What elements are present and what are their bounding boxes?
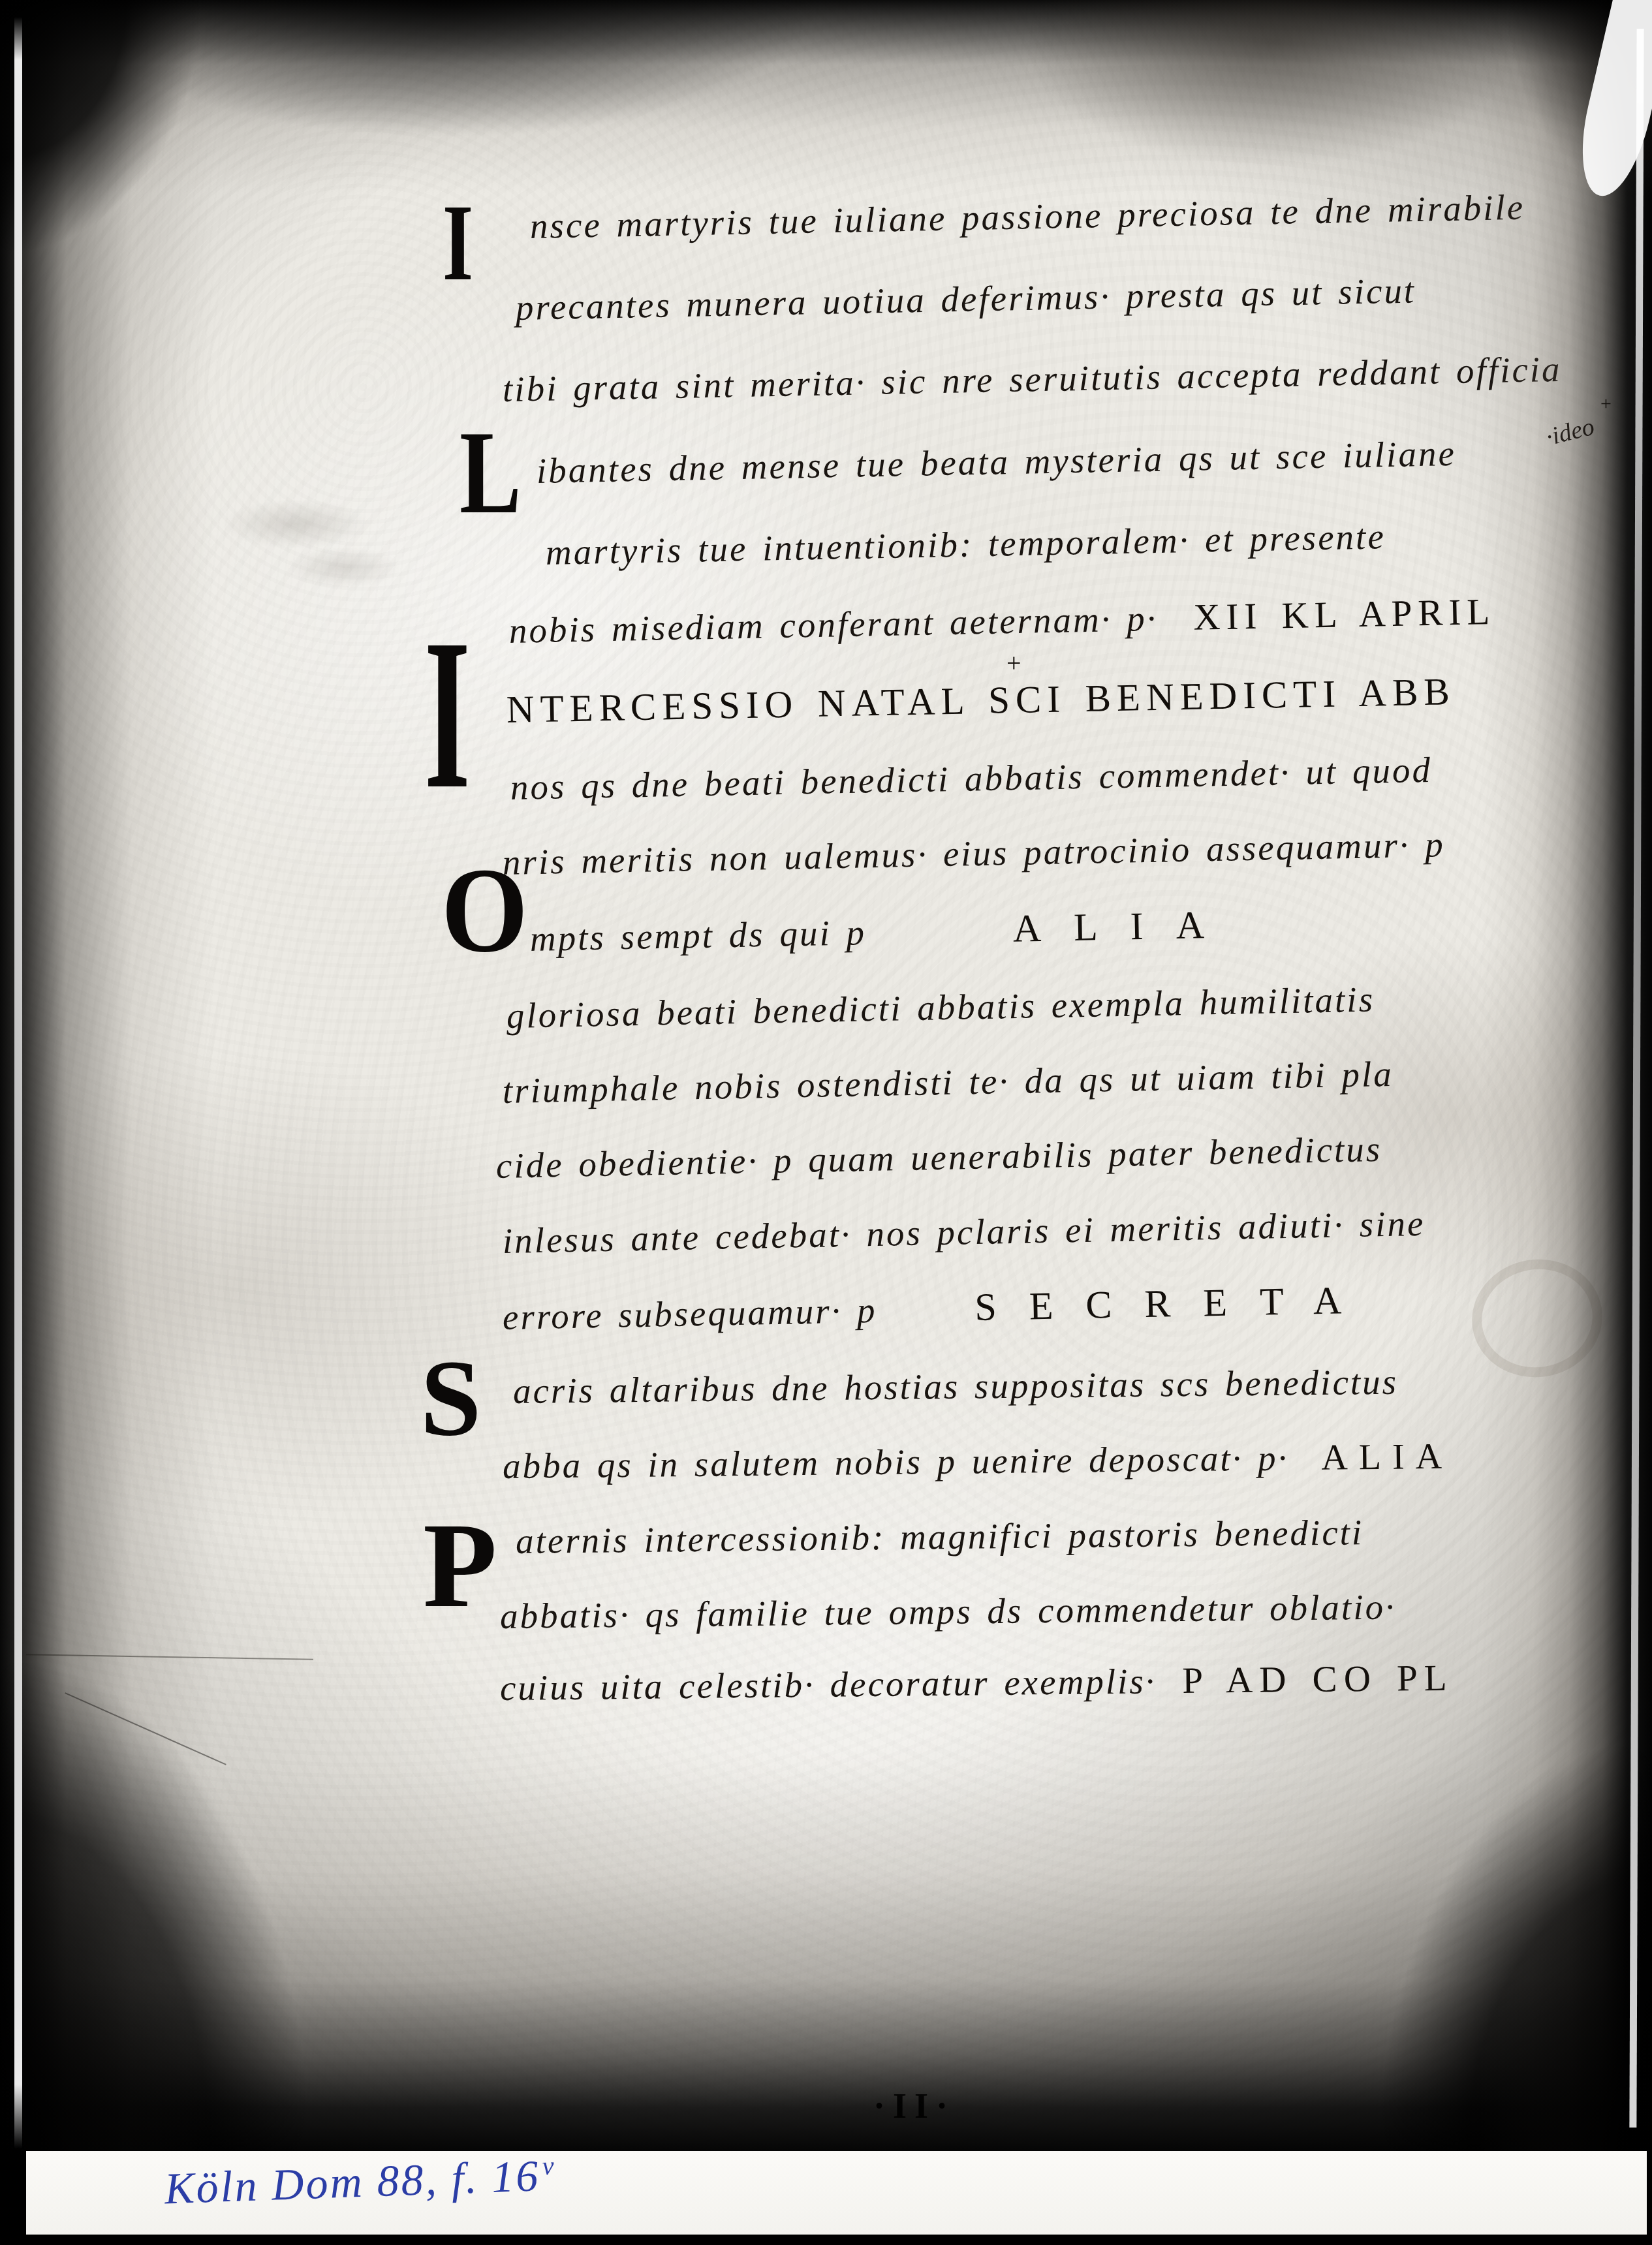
shelfmark-annotation: Köln Dom 88, f. 16v [164, 2150, 557, 2215]
manuscript-photograph: I L I O S P nsce martyris tue iuliane pa… [0, 0, 1652, 2245]
line-text: inlesus ante cedebat· nos pclaris ei mer… [502, 1203, 1426, 1261]
line-text: cide obedientie· p quam uenerabilis pate… [495, 1129, 1382, 1186]
rubric-secreta: SECRETA [974, 1278, 1375, 1329]
drop-cap-S: S [420, 1343, 481, 1453]
manuscript-line: inlesus ante cedebat· nos pclaris ei mer… [502, 1198, 1426, 1267]
marginal-cross-icon: + [1600, 393, 1612, 415]
line-text: tibi grata sint merita· sic nre seruitut… [502, 349, 1562, 409]
manuscript-line: abbatis· qs familie tue omps ds commende… [500, 1581, 1397, 1643]
text-block: I L I O S P nsce martyris tue iuliane pa… [0, 0, 1652, 2151]
line-text: acris altaribus dne hostias suppositas s… [513, 1362, 1399, 1411]
manuscript-line: nobis misediam conferant aeternam· p·XII… [508, 586, 1496, 657]
manuscript-line: mpts sempt ds qui pALIA [529, 898, 1238, 965]
manuscript-line: nris meritis non ualemus· eius patrocini… [502, 818, 1445, 889]
insertion-cross-icon: + [1006, 647, 1021, 678]
manuscript-line: ibantes dne mense tue beata mysteria qs … [536, 427, 1456, 497]
manuscript-line: triumphale nobis ostendisti te· da qs ut… [502, 1048, 1394, 1117]
manuscript-line: martyris tue intuentionib: temporalem· e… [545, 510, 1386, 579]
line-text: abbatis· qs familie tue omps ds commende… [500, 1587, 1396, 1636]
line-text: gloriosa beati benedicti abbatis exempla… [506, 979, 1375, 1036]
folio-superscript: v [542, 2151, 556, 2181]
manuscript-line: errore subsequamur· pSECRETA [502, 1273, 1375, 1344]
manuscript-line: cuius uita celestib· decoratur exemplis·… [500, 1652, 1454, 1714]
line-text: ibantes dne mense tue beata mysteria qs … [536, 433, 1456, 491]
marginal-note: ·ideo [1543, 412, 1597, 452]
line-text: triumphale nobis ostendisti te· da qs ut… [502, 1054, 1394, 1111]
line-text: cuius uita celestib· decoratur exemplis· [500, 1661, 1157, 1708]
manuscript-line: tibi grata sint merita· sic nre seruitut… [502, 343, 1562, 416]
manuscript-line: acris altaribus dne hostias suppositas s… [513, 1356, 1399, 1417]
line-text: aternis intercessionib: magnifici pastor… [516, 1512, 1364, 1561]
rubric-text: NTERCESSIO NATAL SCI BENEDICTI ABB [506, 670, 1456, 731]
rubric-date: XII KL APRIL [1193, 591, 1496, 638]
manuscript-line: abba qs in salutem nobis p uenire deposc… [503, 1431, 1454, 1493]
manuscript-line: aternis intercessionib: magnifici pastor… [516, 1506, 1364, 1568]
drop-cap-P: P [423, 1505, 497, 1626]
rubric-alia: ALIA [1321, 1436, 1453, 1478]
line-text: nsce martyris tue iuliane passione preci… [529, 187, 1525, 246]
drop-cap-I: I [443, 188, 473, 298]
line-text: nris meritis non ualemus· eius patrocini… [502, 824, 1445, 882]
photo-edge-left [14, 17, 22, 2148]
line-text: abba qs in salutem nobis p uenire deposc… [503, 1438, 1289, 1486]
drop-cap-O: O [441, 850, 528, 971]
line-text: martyris tue intuentionib: temporalem· e… [545, 516, 1386, 572]
rubric-ad-compl: P AD CO PL [1182, 1658, 1454, 1701]
manuscript-line: nos qs dne beati benedicti abbatis comme… [510, 744, 1433, 814]
line-text: precantes munera uotiua deferimus· prest… [515, 271, 1416, 328]
rubric-alia: ALIA [1012, 903, 1238, 950]
manuscript-line: nsce martyris tue iuliane passione preci… [529, 181, 1525, 253]
drop-cap-I-intercessio: I [424, 607, 471, 822]
drop-cap-L: L [460, 414, 522, 533]
line-text: nos qs dne beati benedicti abbatis comme… [510, 750, 1432, 807]
rubric-line: NTERCESSIO NATAL SCI BENEDICTI ABB [506, 665, 1456, 737]
line-text: mpts sempt ds qui p [529, 912, 866, 959]
shelfmark-text: Köln Dom 88, f. 16 [164, 2150, 541, 2213]
caption-strip: Köln Dom 88, f. 16v [26, 2151, 1647, 2235]
line-text: nobis misediam conferant aeternam· p· [508, 598, 1158, 651]
line-text: errore subsequamur· p [502, 1290, 877, 1337]
quire-mark: ·II· [873, 2086, 956, 2126]
manuscript-line: cide obedientie· p quam uenerabilis pate… [495, 1123, 1382, 1192]
manuscript-line: gloriosa beati benedicti abbatis exempla… [506, 973, 1375, 1042]
manuscript-line: precantes munera uotiua deferimus· prest… [515, 265, 1416, 334]
